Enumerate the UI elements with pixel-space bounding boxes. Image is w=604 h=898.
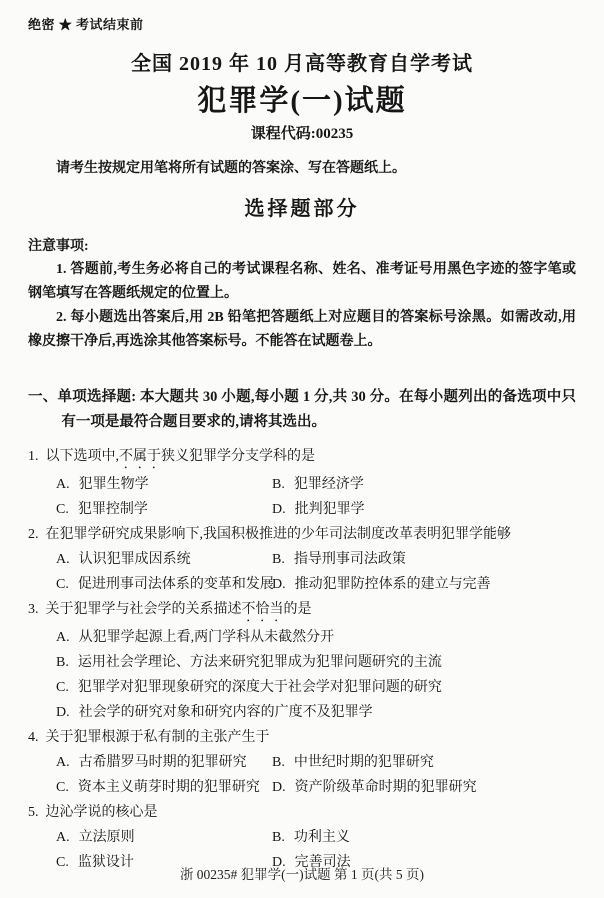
option-text: 犯罪经济学: [294, 477, 364, 492]
option-a: A.认识犯罪成因系统: [56, 547, 272, 572]
note-item-1: 1. 答题前,考生务必将自己的考试课程名称、姓名、准考证号用黑色字迹的签字笔或钢…: [28, 258, 576, 306]
option-label: B.: [272, 755, 285, 770]
option-c: C.犯罪学对犯罪现象研究的深度大于社会学对犯罪问题的研究: [56, 675, 576, 700]
question-1: 1.以下选项中,不属于狭义犯罪学分支学科的是A.犯罪生物学B.犯罪经济学C.犯罪…: [28, 444, 576, 522]
question-2: 2.在犯罪学研究成果影响下,我国积极推进的少年司法制度改革表明犯罪学能够A.认识…: [28, 522, 576, 597]
option-text: 批判犯罪学: [295, 502, 365, 517]
question-stem: 4.关于犯罪根源于私有制的主张产生于: [28, 725, 576, 750]
option-text: 犯罪学对犯罪现象研究的深度大于社会学对犯罪问题的研究: [78, 680, 442, 695]
option-text: 推动犯罪防控体系的建立与完善: [295, 577, 491, 592]
course-code: 课程代码:00235: [28, 122, 576, 143]
option-text: 犯罪控制学: [78, 502, 148, 517]
question-stem: 2.在犯罪学研究成果影响下,我国积极推进的少年司法制度改革表明犯罪学能够: [28, 522, 576, 547]
note-item-2: 2. 每小题选出答案后,用 2B 铅笔把答题纸上对应题目的答案标号涂黑。如需改动…: [28, 306, 576, 354]
option-label: A.: [56, 830, 70, 845]
option-text: 犯罪生物学: [79, 477, 149, 492]
option-label: B.: [272, 552, 285, 567]
option-text: 指导刑事司法政策: [294, 552, 406, 567]
option-label: C.: [56, 680, 69, 695]
option-b: B.功利主义: [272, 825, 576, 850]
option-label: A.: [56, 755, 70, 770]
stem-text: 关于犯罪学与社会学的关系描述: [46, 602, 242, 617]
option-label: B.: [272, 477, 285, 492]
option-d: D.资产阶级革命时期的犯罪研究: [272, 775, 576, 800]
option-list: A.认识犯罪成因系统B.指导刑事司法政策C.促进刑事司法体系的变革和发展D.推动…: [28, 547, 576, 597]
option-label: A.: [56, 552, 70, 567]
option-a: A.立法原则: [56, 825, 272, 850]
option-label: C.: [56, 577, 69, 592]
option-text: 中世纪时期的犯罪研究: [294, 755, 434, 770]
stem-emphasis-text: 不属于: [119, 449, 161, 464]
question-list: 1.以下选项中,不属于狭义犯罪学分支学科的是A.犯罪生物学B.犯罪经济学C.犯罪…: [28, 444, 576, 875]
option-label: B.: [272, 830, 285, 845]
option-text: 促进刑事司法体系的变革和发展: [78, 577, 274, 592]
option-d: D.推动犯罪防控体系的建立与完善: [272, 572, 576, 597]
classification-label: 绝密 ★ 考试结束前: [28, 0, 576, 33]
option-text: 资本主义萌芽时期的犯罪研究: [78, 780, 260, 795]
exam-paper-page: 绝密 ★ 考试结束前 全国 2019 年 10 月高等教育自学考试 犯罪学(一)…: [0, 0, 604, 898]
question-number: 5.: [28, 805, 39, 820]
page-footer: 浙 00235# 犯罪学(一)试题 第 1 页(共 5 页): [0, 863, 604, 883]
question-stem: 3.关于犯罪学与社会学的关系描述不恰当的是: [28, 597, 576, 625]
section-title: 选择题部分: [28, 192, 576, 221]
option-text: 社会学的研究对象和研究内容的广度不及犯罪学: [79, 705, 373, 720]
option-b: B.运用社会学理论、方法来研究犯罪成为犯罪问题研究的主流: [56, 650, 576, 675]
question-stem: 5.边沁学说的核心是: [28, 800, 576, 825]
part-one-heading: 一、单项选择题: 本大题共 30 小题,每小题 1 分,共 30 分。在每小题列…: [28, 385, 576, 435]
question-number: 4.: [28, 730, 39, 745]
option-b: B.指导刑事司法政策: [272, 547, 576, 572]
notes-title: 注意事项:: [28, 236, 576, 258]
option-b: B.中世纪时期的犯罪研究: [272, 750, 576, 775]
option-label: C.: [56, 780, 69, 795]
answer-sheet-instruction: 请考生按规定用笔将所有试题的答案涂、写在答题纸上。: [28, 159, 576, 179]
option-label: C.: [56, 502, 69, 517]
option-d: D.批判犯罪学: [272, 497, 576, 522]
option-label: B.: [56, 655, 69, 670]
option-list: A.犯罪生物学B.犯罪经济学C.犯罪控制学D.批判犯罪学: [28, 472, 576, 522]
stem-text: 的是: [284, 602, 312, 617]
option-text: 认识犯罪成因系统: [79, 552, 191, 567]
stem-text: 以下选项中,: [46, 449, 120, 464]
question-number: 1.: [28, 449, 39, 464]
option-a: A.犯罪生物学: [56, 472, 272, 497]
option-text: 从犯罪学起源上看,两门学科从未截然分开: [79, 630, 335, 645]
option-label: D.: [56, 705, 70, 720]
option-label: A.: [56, 630, 70, 645]
option-c: C.促进刑事司法体系的变革和发展: [56, 572, 272, 597]
option-a: A.古希腊罗马时期的犯罪研究: [56, 750, 272, 775]
option-c: C.犯罪控制学: [56, 497, 272, 522]
option-text: 运用社会学理论、方法来研究犯罪成为犯罪问题研究的主流: [78, 655, 442, 670]
option-text: 古希腊罗马时期的犯罪研究: [79, 755, 247, 770]
option-label: D.: [272, 577, 286, 592]
option-a: A.从犯罪学起源上看,两门学科从未截然分开: [56, 625, 576, 650]
option-list: A.古希腊罗马时期的犯罪研究B.中世纪时期的犯罪研究C.资本主义萌芽时期的犯罪研…: [28, 750, 576, 800]
option-c: C.资本主义萌芽时期的犯罪研究: [56, 775, 272, 800]
exam-session-title: 全国 2019 年 10 月高等教育自学考试: [28, 47, 576, 76]
option-label: A.: [56, 477, 70, 492]
option-label: D.: [272, 780, 286, 795]
stem-text: 边沁学说的核心是: [46, 805, 158, 820]
question-4: 4.关于犯罪根源于私有制的主张产生于A.古希腊罗马时期的犯罪研究B.中世纪时期的…: [28, 725, 576, 800]
stem-text: 狭义犯罪学分支学科的是: [161, 449, 315, 464]
option-label: D.: [272, 502, 286, 517]
option-text: 资产阶级革命时期的犯罪研究: [295, 780, 477, 795]
option-d: D.社会学的研究对象和研究内容的广度不及犯罪学: [56, 700, 576, 725]
question-3: 3.关于犯罪学与社会学的关系描述不恰当的是A.从犯罪学起源上看,两门学科从未截然…: [28, 597, 576, 725]
stem-text: 在犯罪学研究成果影响下,我国积极推进的少年司法制度改革表明犯罪学能够: [46, 527, 512, 542]
option-text: 功利主义: [294, 830, 350, 845]
option-b: B.犯罪经济学: [272, 472, 576, 497]
option-text: 立法原则: [79, 830, 135, 845]
option-list: A.从犯罪学起源上看,两门学科从未截然分开B.运用社会学理论、方法来研究犯罪成为…: [28, 625, 576, 725]
stem-text: 关于犯罪根源于私有制的主张产生于: [46, 730, 270, 745]
question-number: 3.: [28, 602, 39, 617]
question-number: 2.: [28, 527, 39, 542]
stem-emphasis-text: 不恰当: [242, 602, 284, 617]
paper-title: 犯罪学(一)试题: [28, 78, 576, 119]
question-stem: 1.以下选项中,不属于狭义犯罪学分支学科的是: [28, 444, 576, 472]
